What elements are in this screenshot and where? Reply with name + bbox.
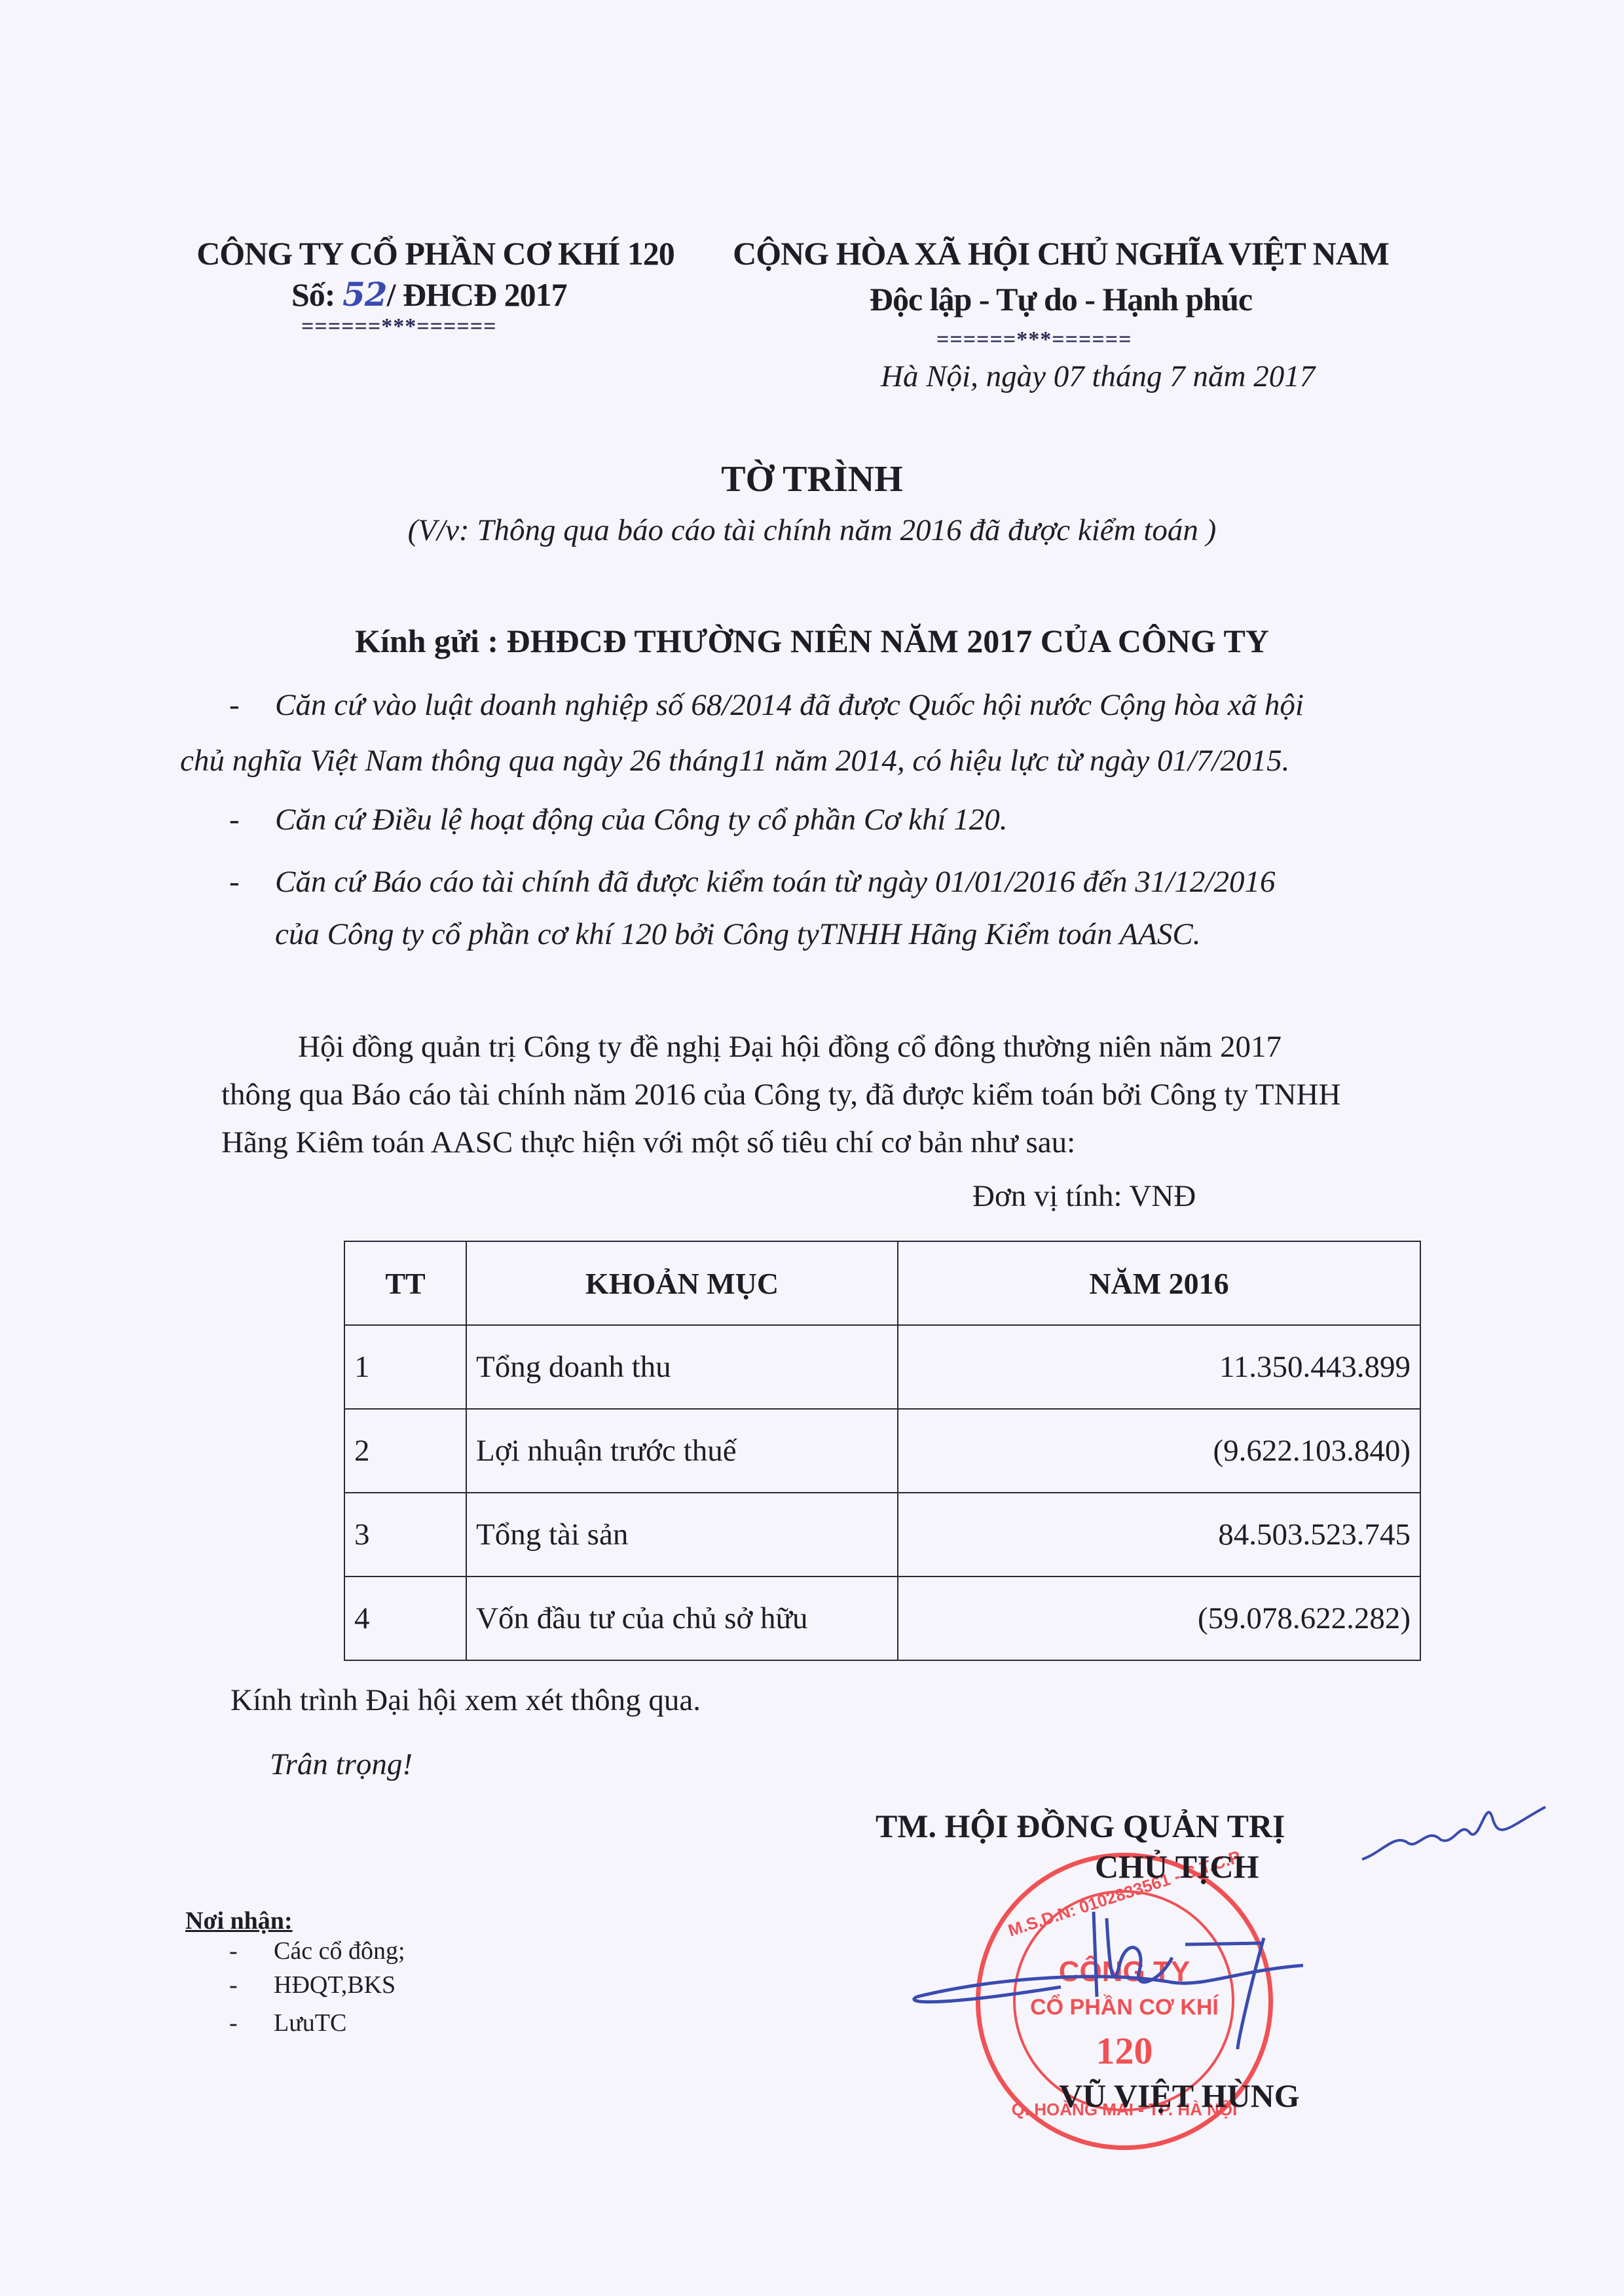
chairman-signature [897, 1899, 1356, 2095]
recipient-text: LưuTC [274, 2009, 346, 2037]
bullet: - [229, 1971, 274, 1999]
recipient-text: HĐQT,BKS [274, 1971, 396, 1999]
row-item: Vốn đầu tư của chủ sở hữu [466, 1576, 898, 1660]
row-tt: 4 [344, 1576, 466, 1660]
basis-text: Căn cứ Điều lệ hoạt động của Công ty cổ … [275, 803, 1008, 837]
recipients-label: Nơi nhận: [185, 1906, 293, 1935]
row-item: Lợi nhuận trước thuế [466, 1409, 898, 1493]
place-date: Hà Nội, ngày 07 tháng 7 năm 2017 [881, 359, 1315, 394]
on-behalf-of: TM. HỘI ĐỒNG QUẢN TRỊ [876, 1807, 1285, 1845]
proposal-line-3: Hãng Kiêm toán AASC thực hiện với một số… [221, 1125, 1075, 1160]
recipient-item: -LưuTC [229, 2009, 346, 2037]
document-number-prefix: Số: [291, 276, 335, 313]
basis-item-1-cont: chủ nghĩa Việt Nam thông qua ngày 26 thá… [180, 743, 1289, 778]
basis-item-3: -Căn cứ Báo cáo tài chính đã được kiểm t… [229, 864, 1275, 900]
row-tt: 2 [344, 1409, 466, 1493]
basis-text: Căn cứ Báo cáo tài chính đã được kiểm to… [275, 865, 1275, 899]
table-row: 3 Tổng tài sản 84.503.523.745 [344, 1493, 1420, 1576]
recipient-item: -HĐQT,BKS [229, 1971, 396, 1999]
bullet: - [229, 1937, 274, 1965]
recipient-text: Các cổ đông; [274, 1937, 405, 1965]
row-tt: 1 [344, 1325, 466, 1409]
signer-name: VŨ VIỆT HÙNG [1059, 2077, 1300, 2115]
row-value: 11.350.443.899 [898, 1325, 1420, 1409]
table-header-row: TT KHOẢN MỤC NĂM 2016 [344, 1241, 1420, 1325]
initials-signature [1356, 1781, 1552, 1879]
nation-title: CỘNG HÒA XÃ HỘI CHỦ NGHĨA VIỆT NAM [720, 234, 1401, 272]
header-item: KHOẢN MỤC [466, 1241, 898, 1325]
document-number-suffix: / ĐHCĐ 2017 [387, 276, 567, 313]
basis-text: Căn cứ vào luật doanh nghiệp số 68/2014 … [275, 688, 1304, 722]
basis-item-1: -Căn cứ vào luật doanh nghiệp số 68/2014… [229, 687, 1304, 723]
currency-unit: Đơn vị tính: VNĐ [972, 1178, 1196, 1214]
bullet: - [229, 864, 275, 900]
bullet: - [229, 802, 275, 837]
nation-motto: Độc lập - Tự do - Hạnh phúc [720, 280, 1401, 318]
regards-text: Trân trọng! [270, 1747, 413, 1782]
header-tt: TT [344, 1241, 466, 1325]
document-title: TỜ TRÌNH [0, 458, 1624, 500]
row-value: (9.622.103.840) [898, 1409, 1420, 1493]
proposal-line-2: thông qua Báo cáo tài chính năm 2016 của… [221, 1077, 1340, 1112]
table-row: 2 Lợi nhuận trước thuế (9.622.103.840) [344, 1409, 1420, 1493]
proposal-line-1: Hội đồng quản trị Công ty đề nghị Đại hộ… [298, 1029, 1282, 1065]
row-value: 84.503.523.745 [898, 1493, 1420, 1576]
financial-table: TT KHOẢN MỤC NĂM 2016 1 Tổng doanh thu 1… [344, 1241, 1421, 1661]
company-name: CÔNG TY CỔ PHẦN CƠ KHÍ 120 [167, 234, 704, 272]
document-number: Số: 52/ ĐHCĐ 2017 [291, 275, 567, 314]
row-tt: 3 [344, 1493, 466, 1576]
row-value: (59.078.622.282) [898, 1576, 1420, 1660]
document-subject: (V/v: Thông qua báo cáo tài chính năm 20… [0, 513, 1624, 548]
right-divider: ======***====== [936, 327, 1132, 352]
addressee: Kính gửi : ĐHĐCĐ THƯỜNG NIÊN NĂM 2017 CỦ… [0, 622, 1624, 660]
signer-position: CHỦ TỊCH [1095, 1848, 1259, 1886]
bullet: - [229, 687, 275, 723]
recipient-item: -Các cổ đông; [229, 1937, 405, 1965]
row-item: Tổng tài sản [466, 1493, 898, 1576]
basis-item-3-cont: của Công ty cổ phần cơ khí 120 bởi Công … [275, 917, 1201, 952]
table-row: 1 Tổng doanh thu 11.350.443.899 [344, 1325, 1420, 1409]
bullet: - [229, 2009, 274, 2037]
header-year: NĂM 2016 [898, 1241, 1420, 1325]
table-row: 4 Vốn đầu tư của chủ sở hữu (59.078.622.… [344, 1576, 1420, 1660]
left-divider: ======***====== [301, 314, 497, 339]
closing-text: Kính trình Đại hội xem xét thông qua. [231, 1683, 701, 1718]
row-item: Tổng doanh thu [466, 1325, 898, 1409]
basis-item-2: -Căn cứ Điều lệ hoạt động của Công ty cổ… [229, 802, 1008, 837]
handwritten-number: 52 [342, 275, 387, 314]
